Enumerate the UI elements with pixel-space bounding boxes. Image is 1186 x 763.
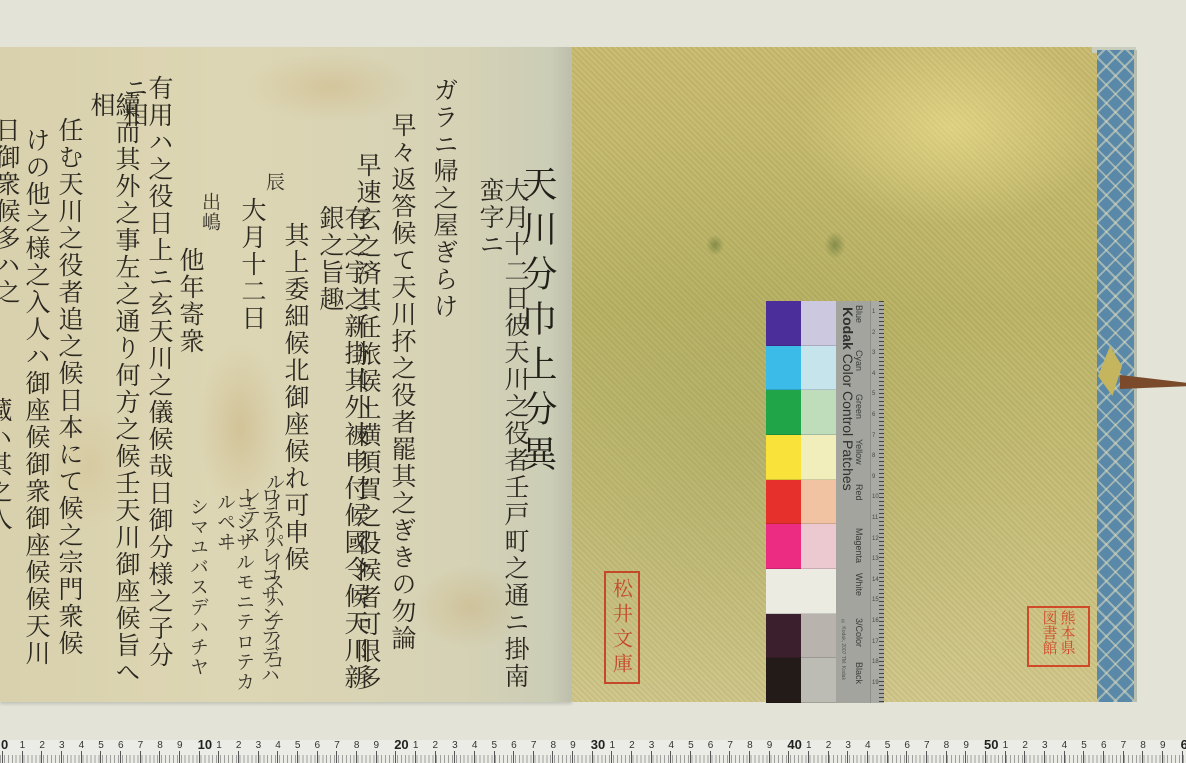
matsui-bunko-seal: 松井文庫 bbox=[604, 571, 640, 684]
ruler-cm-tick bbox=[1005, 751, 1006, 763]
ruler-minor-label: 9 bbox=[374, 740, 380, 751]
color-patch-black-light bbox=[801, 658, 836, 703]
ruler-minor-label: 2 bbox=[629, 740, 635, 751]
color-patch-blue-dark bbox=[766, 301, 802, 346]
ruler-minor-label: 7 bbox=[334, 740, 340, 751]
kodak-scale-number: 18 bbox=[872, 659, 879, 665]
measurement-ruler: 0123456789101234567892012345678930123456… bbox=[0, 740, 1186, 763]
ruler-cm-tick bbox=[946, 751, 947, 763]
color-patch-3-color-dark bbox=[766, 614, 802, 659]
ruler-minor-label: 3 bbox=[59, 740, 65, 751]
ruler-cm-tick bbox=[1044, 751, 1045, 763]
color-patch-green-dark bbox=[766, 390, 802, 435]
ruler-minor-label: 8 bbox=[157, 740, 163, 751]
ruler-minor-label: 5 bbox=[98, 740, 104, 751]
ruler-minor-label: 3 bbox=[845, 740, 851, 751]
patch-label: Red bbox=[854, 484, 864, 501]
ruler-cm-tick bbox=[769, 751, 770, 763]
patch-label: Cyan bbox=[854, 350, 864, 371]
kodak-scale-number: 17 bbox=[872, 639, 879, 645]
ruler-cm-tick bbox=[1162, 751, 1163, 763]
ruler-cm-tick bbox=[592, 751, 593, 763]
addressee-column: 他年寄衆 bbox=[178, 247, 203, 355]
ruler-minor-label: 1 bbox=[609, 740, 615, 751]
ruler-minor-label: 7 bbox=[924, 740, 930, 751]
patch-label: White bbox=[854, 573, 864, 596]
ruler-minor-label: 6 bbox=[315, 740, 321, 751]
kodak-scale-number: 6 bbox=[872, 412, 875, 418]
ruler-minor-label: 7 bbox=[531, 740, 537, 751]
ruler-cm-tick bbox=[965, 751, 966, 763]
ruler-cm-tick bbox=[729, 751, 730, 763]
ruler-ticks bbox=[0, 755, 1186, 763]
text-column-5: 有之宇之新掛其外被申付候國令候天川新銀之旨趣 bbox=[318, 205, 368, 705]
ruler-cm-tick bbox=[140, 751, 141, 763]
ruler-minor-label: 6 bbox=[511, 740, 517, 751]
ruler-minor-label: 5 bbox=[295, 740, 301, 751]
color-patch-red-light bbox=[801, 480, 836, 525]
ruler-cm-tick bbox=[435, 751, 436, 763]
ruler-minor-label: 9 bbox=[767, 740, 773, 751]
text-column-12: 續而其外之事左之通り何方之候壬天川御座候旨へ相 bbox=[89, 92, 139, 702]
text-column-14: けの他之様之入人ハ御座候御衆御座候候天川 bbox=[24, 127, 49, 727]
library-seal: 熊本県図書館 bbox=[1027, 606, 1090, 667]
ruler-minor-label: 7 bbox=[1121, 740, 1127, 751]
ruler-cm-tick bbox=[336, 751, 337, 763]
ruler-minor-label: 3 bbox=[256, 740, 262, 751]
kodak-scale-number: 10 bbox=[872, 494, 879, 500]
ruler-minor-label: 8 bbox=[747, 740, 753, 751]
ruler-cm-tick bbox=[22, 751, 23, 763]
ruler-cm-tick bbox=[847, 751, 848, 763]
ruler-cm-tick bbox=[199, 751, 200, 763]
ruler-minor-label: 3 bbox=[649, 740, 655, 751]
patch-label: Green bbox=[854, 394, 864, 419]
ruler-major-label: 30 bbox=[591, 739, 605, 750]
ruler-cm-tick bbox=[1103, 751, 1104, 763]
katakana-column-4: シマユバスデハチヤ bbox=[188, 497, 207, 677]
kodak-scale-number: 9 bbox=[872, 474, 875, 480]
seal-right-text: 熊本県図書館 bbox=[1041, 610, 1077, 664]
ruler-cm-tick bbox=[926, 751, 927, 763]
color-patch-yellow-light bbox=[801, 435, 836, 480]
kodak-scale-number: 1 bbox=[872, 309, 875, 315]
ruler-cm-tick bbox=[494, 751, 495, 763]
kodak-scale-number: 11 bbox=[872, 515, 878, 521]
ruler-minor-label: 4 bbox=[79, 740, 85, 751]
ruler-cm-tick bbox=[61, 751, 62, 763]
color-patch-black-dark bbox=[766, 658, 802, 703]
ruler-minor-label: 8 bbox=[944, 740, 950, 751]
scroll-tie-cord bbox=[1120, 375, 1186, 389]
patch-label: 3/Color bbox=[854, 618, 864, 647]
ruler-cm-tick bbox=[376, 751, 377, 763]
ruler-minor-label: 2 bbox=[1022, 740, 1028, 751]
ruler-minor-label: 9 bbox=[177, 740, 183, 751]
ruler-major-label: 60 bbox=[1181, 739, 1186, 750]
ruler-cm-tick bbox=[690, 751, 691, 763]
katakana-column-3: コシサルモニテロテカルペヰ bbox=[215, 492, 253, 702]
ruler-minor-label: 2 bbox=[39, 740, 45, 751]
ruler-cm-tick bbox=[179, 751, 180, 763]
color-patch-cyan-light bbox=[801, 346, 836, 391]
patch-label: Blue bbox=[854, 305, 864, 323]
ruler-minor-label: 3 bbox=[452, 740, 458, 751]
ruler-minor-label: 4 bbox=[472, 740, 478, 751]
text-column-6: 其上委細候北御座候れ可申候 bbox=[283, 222, 308, 573]
ruler-cm-tick bbox=[1024, 751, 1025, 763]
color-patch-cyan-dark bbox=[766, 346, 802, 391]
ruler-minor-label: 5 bbox=[492, 740, 498, 751]
ruler-cm-tick bbox=[1064, 751, 1065, 763]
kodak-scale-number: 7 bbox=[872, 433, 875, 439]
ruler-cm-tick bbox=[395, 751, 396, 763]
scroll-photograph: 天川分巾上分異 大月十二日彼天川之役者壬戸町之通ニ掛南蛮字ニ ガラニ帰之屋ぎらけ… bbox=[0, 0, 1186, 763]
ruler-minor-label: 4 bbox=[865, 740, 871, 751]
ruler-cm-tick bbox=[317, 751, 318, 763]
ruler-cm-tick bbox=[749, 751, 750, 763]
ruler-cm-tick bbox=[670, 751, 671, 763]
ruler-cm-tick bbox=[258, 751, 259, 763]
ruler-cm-tick bbox=[513, 751, 514, 763]
kodak-scale-number: 8 bbox=[872, 453, 875, 459]
ruler-major-label: 20 bbox=[394, 739, 408, 750]
ruler-minor-label: 5 bbox=[688, 740, 694, 751]
ruler-cm-tick bbox=[159, 751, 160, 763]
color-patch-3-color-light bbox=[801, 614, 836, 659]
ruler-minor-label: 1 bbox=[20, 740, 26, 751]
ruler-cm-tick bbox=[572, 751, 573, 763]
ruler-cm-tick bbox=[1142, 751, 1143, 763]
ruler-minor-label: 1 bbox=[413, 740, 419, 751]
ruler-cm-tick bbox=[828, 751, 829, 763]
ruler-cm-tick bbox=[788, 751, 789, 763]
ruler-cm-tick bbox=[906, 751, 907, 763]
ruler-minor-label: 1 bbox=[1003, 740, 1009, 751]
patch-label: Black bbox=[854, 662, 864, 684]
kodak-scale-number: 3 bbox=[872, 350, 875, 356]
date-column: 大月十二日 bbox=[240, 197, 265, 332]
ruler-minor-label: 2 bbox=[236, 740, 242, 751]
text-column-15: 日御衆候多ハ之 bbox=[0, 117, 19, 306]
dark-patch-column bbox=[766, 301, 802, 703]
ruler-cm-tick bbox=[533, 751, 534, 763]
text-column-3: 早々返答候て天川抔之役者罷其之ぎきの勿論 bbox=[390, 112, 415, 652]
color-patch-blue-light bbox=[801, 301, 836, 346]
ruler-minor-label: 4 bbox=[275, 740, 281, 751]
ruler-minor-label: 1 bbox=[216, 740, 222, 751]
seal-left-text: 松井文庫 bbox=[608, 578, 637, 678]
ruler-cm-tick bbox=[297, 751, 298, 763]
ruler-cm-tick bbox=[277, 751, 278, 763]
color-patch-magenta-light bbox=[801, 524, 836, 569]
ruler-cm-tick bbox=[474, 751, 475, 763]
text-column-1: 大月十二日彼天川之役者壬戸町之通ニ掛南蛮字ニ bbox=[478, 177, 528, 697]
ruler-cm-tick bbox=[808, 751, 809, 763]
kodak-scale-number: 13 bbox=[872, 556, 879, 562]
kodak-scale-number: 5 bbox=[872, 391, 875, 397]
ruler-minor-label: 6 bbox=[904, 740, 910, 751]
ruler-minor-label: 9 bbox=[570, 740, 576, 751]
ruler-cm-tick bbox=[218, 751, 219, 763]
ruler-cm-tick bbox=[1182, 751, 1183, 763]
kodak-scale-number: 2 bbox=[872, 330, 875, 336]
text-column-16: 蔵ハ其之入 bbox=[0, 397, 11, 532]
ruler-cm-tick bbox=[710, 751, 711, 763]
ruler-minor-label: 9 bbox=[1160, 740, 1166, 751]
ruler-cm-tick bbox=[1123, 751, 1124, 763]
ruler-minor-label: 6 bbox=[1101, 740, 1107, 751]
ruler-major-label: 10 bbox=[198, 739, 212, 750]
color-patch-magenta-dark bbox=[766, 524, 802, 569]
ruler-major-label: 0 bbox=[1, 739, 8, 750]
ruler-cm-tick bbox=[454, 751, 455, 763]
ruler-cm-tick bbox=[887, 751, 888, 763]
ruler-minor-label: 4 bbox=[668, 740, 674, 751]
ruler-cm-tick bbox=[2, 751, 3, 763]
ruler-cm-tick bbox=[631, 751, 632, 763]
ruler-minor-label: 4 bbox=[1062, 740, 1068, 751]
ruler-minor-label: 7 bbox=[727, 740, 733, 751]
ruler-cm-tick bbox=[356, 751, 357, 763]
kodak-scale-number: 12 bbox=[872, 536, 879, 542]
ruler-major-label: 50 bbox=[984, 739, 998, 750]
ruler-minor-label: 6 bbox=[708, 740, 714, 751]
kodak-product-name: Color Control Patches bbox=[840, 354, 856, 491]
color-patch-green-light bbox=[801, 390, 836, 435]
ruler-cm-tick bbox=[867, 751, 868, 763]
kodak-scale-number: 19 bbox=[872, 680, 879, 686]
kodak-ruler-scale: 12345678910111213141516171819 bbox=[870, 301, 884, 703]
light-patch-column bbox=[801, 301, 836, 703]
ruler-cm-tick bbox=[985, 751, 986, 763]
ruler-cm-tick bbox=[1083, 751, 1084, 763]
kodak-scale-number: 15 bbox=[872, 597, 879, 603]
ruler-minor-label: 1 bbox=[806, 740, 812, 751]
ruler-cm-tick bbox=[41, 751, 42, 763]
ruler-minor-label: 2 bbox=[433, 740, 439, 751]
patch-label: Magenta bbox=[854, 528, 864, 563]
ruler-minor-label: 6 bbox=[118, 740, 124, 751]
ruler-cm-tick bbox=[611, 751, 612, 763]
ruler-minor-label: 8 bbox=[1140, 740, 1146, 751]
ruler-minor-label: 5 bbox=[885, 740, 891, 751]
ruler-minor-label: 7 bbox=[138, 740, 144, 751]
ruler-cm-tick bbox=[415, 751, 416, 763]
ruler-minor-label: 2 bbox=[826, 740, 832, 751]
ruler-minor-label: 8 bbox=[550, 740, 556, 751]
ruler-minor-label: 5 bbox=[1081, 740, 1087, 751]
addressee-small: 出嶋 bbox=[200, 192, 219, 232]
ruler-minor-label: 8 bbox=[354, 740, 360, 751]
kodak-scale-number: 14 bbox=[872, 577, 879, 583]
handwritten-letter-paper: 天川分巾上分異 大月十二日彼天川之役者壬戸町之通ニ掛南蛮字ニ ガラニ帰之屋ぎらけ… bbox=[0, 47, 572, 702]
ruler-cm-tick bbox=[552, 751, 553, 763]
ruler-cm-tick bbox=[81, 751, 82, 763]
color-patch-yellow-dark bbox=[766, 435, 802, 480]
ruler-cm-tick bbox=[238, 751, 239, 763]
patch-label: Yellow bbox=[854, 439, 864, 465]
ruler-minor-label: 3 bbox=[1042, 740, 1048, 751]
color-patch-red-dark bbox=[766, 480, 802, 525]
kodak-color-card: Kodak Color Control Patches BlueCyanGree… bbox=[766, 301, 884, 703]
text-column-13: 任む天川之役者追之候日本にて候之宗門衆候 bbox=[57, 117, 82, 717]
text-column-2: ガラニ帰之屋ぎらけ bbox=[432, 77, 457, 320]
date-year-mark: 辰 bbox=[264, 172, 283, 192]
kodak-scale-number: 16 bbox=[872, 618, 879, 624]
kodak-label-strip: Kodak Color Control Patches BlueCyanGree… bbox=[836, 301, 884, 703]
ruler-major-label: 40 bbox=[787, 739, 801, 750]
ruler-minor-label: 9 bbox=[963, 740, 969, 751]
ruler-cm-tick bbox=[100, 751, 101, 763]
ruler-cm-tick bbox=[120, 751, 121, 763]
kodak-scale-number: 4 bbox=[872, 371, 875, 377]
kodak-copyright: © Kodak, 2007 TM: Kodak bbox=[840, 619, 846, 680]
ruler-cm-tick bbox=[651, 751, 652, 763]
